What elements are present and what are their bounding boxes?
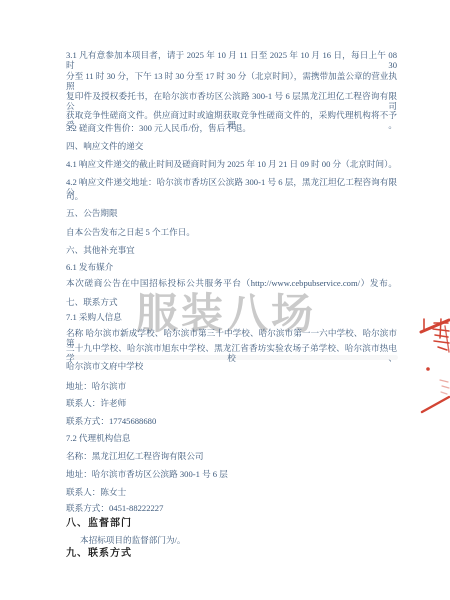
doc-line: 五、公告期限: [66, 208, 118, 218]
doc-line: 7.1 采购人信息: [66, 312, 122, 322]
document-page: 服装八场 3.1 凡有意参加本项目者，请于 2025 年 10 月 11 日至 …: [0, 0, 450, 600]
doc-line: 3.2 磋商文件售价：300 元人民币/份，售后不退。: [66, 123, 251, 133]
doc-line: 地址：哈尔滨市: [66, 381, 126, 391]
doc-line: 司。: [66, 191, 83, 201]
doc-line: 分至 11 时 30 分，下午 13 时 30 分至 17 时 30 分（北京时…: [66, 71, 397, 91]
doc-heading-line: 八、监督部门: [66, 519, 132, 529]
doc-line: 本招标项目的监督部门为/。: [80, 535, 186, 545]
doc-line: 7.2 代理机构信息: [66, 433, 130, 443]
doc-line: 联系人：许老师: [66, 398, 126, 408]
doc-line: 自本公告发布之日起 5 个工作日。: [66, 227, 195, 237]
doc-line: 联系人：陈女士: [66, 487, 126, 497]
doc-line: 地址：哈尔滨市香坊区公滨路 300-1 号 6 层: [66, 469, 228, 479]
doc-line: 复印件及授权委托书，在哈尔滨市香坊区公滨路 300-1 号 6 层黑龙江坦亿工程…: [66, 91, 397, 111]
doc-line: 六、其他补充事宜: [66, 245, 135, 255]
doc-line: 4.2 响应文件递交地址：哈尔滨市香坊区公滨路 300-1 号 6 层，黑龙江坦…: [66, 177, 397, 197]
doc-line: 联系方式：0451-88222227: [66, 503, 163, 513]
doc-line: 哈尔滨市文府中学校: [66, 361, 143, 371]
doc-line: 七、联系方式: [66, 297, 118, 307]
doc-line: 四、响应文件的递交: [66, 141, 143, 151]
doc-line: 4.1 响应文件递交的截止时间及磋商时间为 2025 年 10 月 21 日 0…: [66, 159, 397, 169]
doc-line: 6.1 发布媒介: [66, 262, 113, 272]
doc-line: 三十九中学校、哈尔滨市旭东中学校、黑龙江省香坊实验农场子弟学校、哈尔滨市热电学校…: [66, 343, 397, 363]
document-content: 3.1 凡有意参加本项目者，请于 2025 年 10 月 11 日至 2025 …: [0, 0, 450, 600]
doc-line: 名称：黑龙江坦亿工程咨询有限公司: [66, 451, 204, 461]
doc-line: 联系方式：17745688680: [66, 416, 156, 426]
doc-line: 3.1 凡有意参加本项目者，请于 2025 年 10 月 11 日至 2025 …: [66, 50, 397, 70]
doc-line: 本次磋商公告在中国招标投标公共服务平台（http://www.cebpubser…: [66, 278, 397, 288]
red-seal-mark: [418, 306, 450, 424]
doc-heading-line: 九、联系方式: [66, 549, 132, 559]
